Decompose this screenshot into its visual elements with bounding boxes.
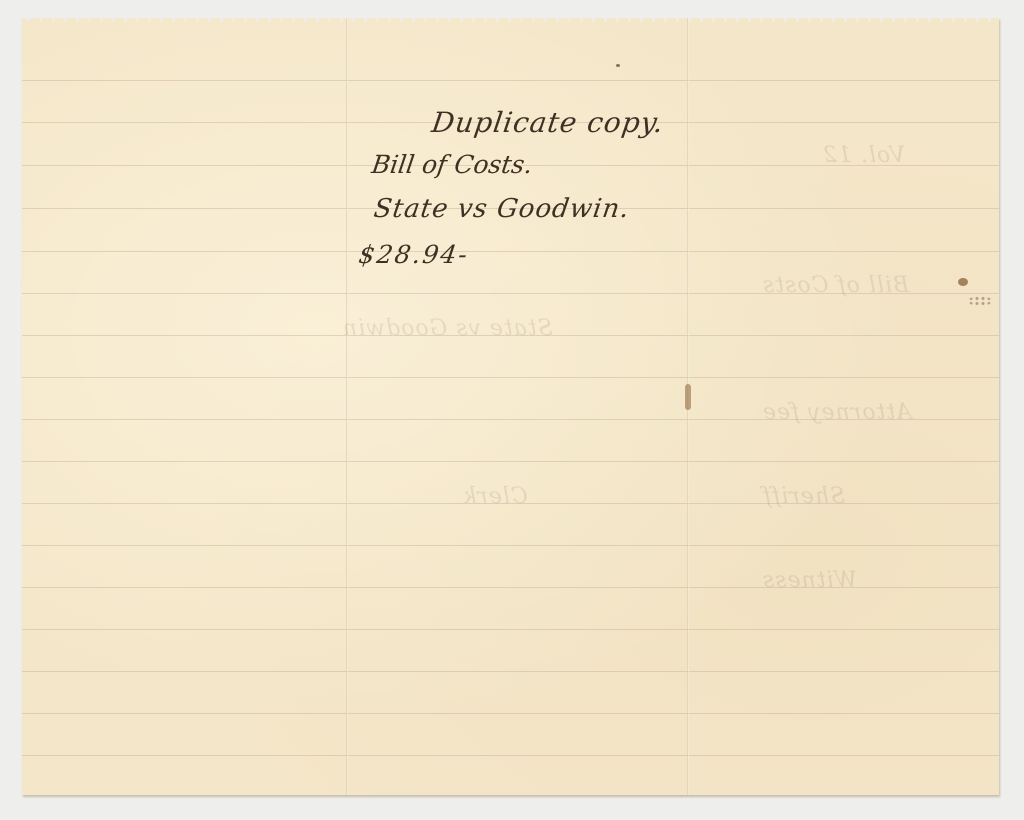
fold-line-left (346, 18, 348, 795)
bleed-through-text: State vs Goodwin (342, 316, 553, 341)
ruled-line (22, 545, 999, 546)
bleed-through-text: Bill of Costs (762, 273, 909, 298)
ruled-line (22, 377, 999, 378)
ruled-line (22, 713, 999, 714)
stain-mark (685, 384, 691, 410)
bleed-through-text: Clerk (462, 484, 528, 509)
ink-spot (958, 278, 968, 286)
ruled-line (22, 755, 999, 756)
ruled-line (22, 251, 999, 252)
ink-dot (616, 64, 620, 67)
ruled-line (22, 461, 999, 462)
amount-total: $28.94- (357, 240, 471, 269)
bill-of-costs-label: Bill of Costs. (370, 150, 534, 179)
ruled-line (22, 671, 999, 672)
bleed-through-text: Attorney fee (762, 400, 912, 425)
ruled-line (22, 629, 999, 630)
case-name: State vs Goodwin. (372, 194, 632, 224)
duplicate-copy-heading: Duplicate copy. (430, 106, 667, 139)
ink-speckles (968, 296, 992, 306)
bleed-through-text: Witness (762, 568, 857, 593)
document-sheet: Vol. 12 Bill of Costs State vs Goodwin A… (22, 18, 999, 795)
bleed-through-text: Sheriff (762, 484, 845, 509)
ruled-line (22, 80, 999, 81)
bleed-through-text: Vol. 12 (822, 143, 905, 168)
